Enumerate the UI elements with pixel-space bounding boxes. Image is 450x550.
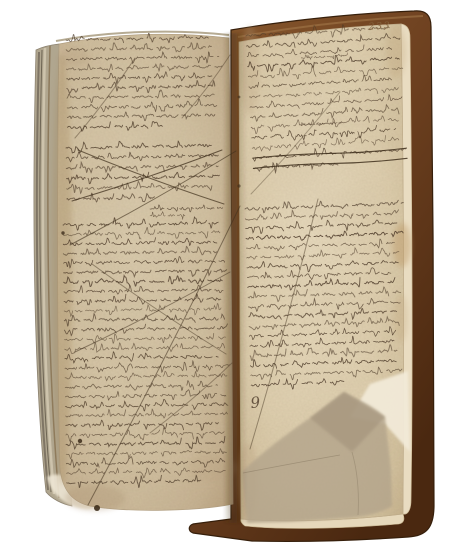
ink-blot (238, 96, 241, 99)
ink-blot (78, 439, 82, 443)
folio-number: 233 (367, 20, 391, 32)
ink-blot (237, 184, 240, 187)
ink-blot (61, 231, 64, 234)
book: 233 9 (34, 11, 434, 541)
manuscript-photo: 233 9 (0, 0, 450, 550)
gutter-shadow (223, 33, 247, 523)
ink-blot (94, 505, 100, 511)
screenshot-root: 233 9 (0, 0, 450, 550)
